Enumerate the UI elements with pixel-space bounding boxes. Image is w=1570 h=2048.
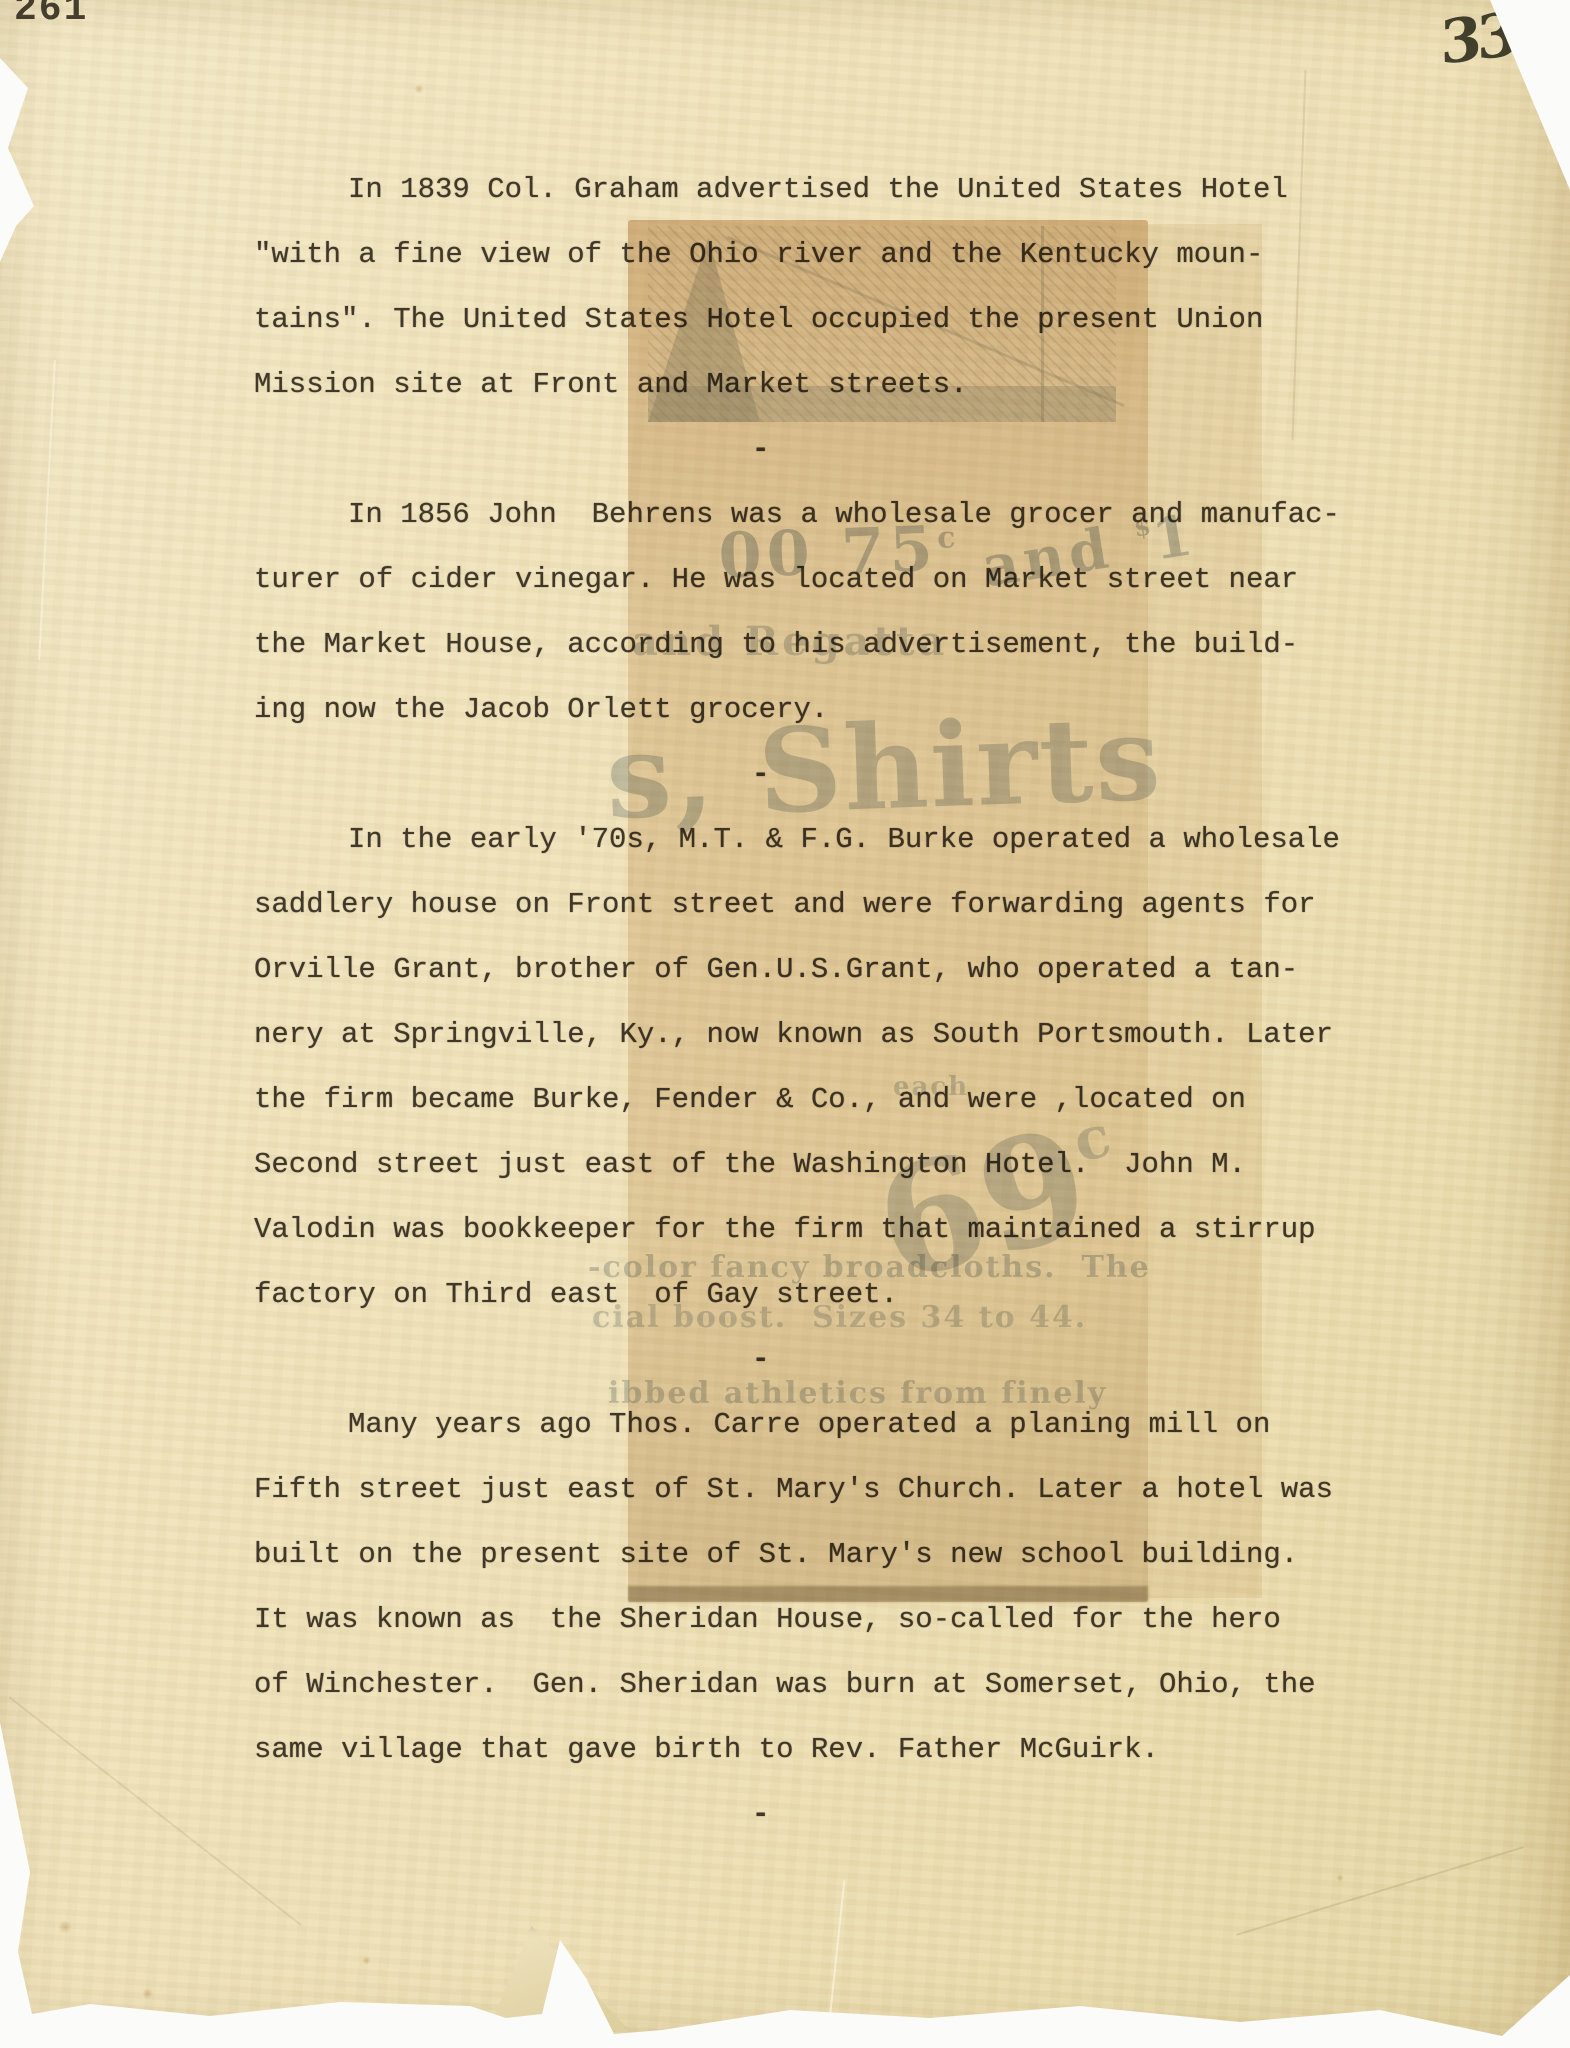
typed-line: ing now the Jacob Orlett grocery. — [254, 677, 1359, 742]
paragraph-separator-dash: - — [254, 1327, 1359, 1392]
paragraph-separator-dash: - — [254, 742, 1359, 807]
typed-line: of Winchester. Gen. Sheridan was burn at… — [254, 1652, 1359, 1717]
fox-spot — [142, 1988, 153, 1999]
typed-line: the Market House, according to his adver… — [254, 612, 1359, 677]
typed-line: Second street just east of the Washingto… — [254, 1132, 1359, 1197]
typed-line: It was known as the Sheridan House, so-c… — [254, 1587, 1359, 1652]
fox-spot — [58, 1920, 72, 1934]
fox-spot — [414, 84, 424, 94]
typed-line: In 1839 Col. Graham advertised the Unite… — [254, 157, 1359, 222]
typescript-body: In 1839 Col. Graham advertised the Unite… — [254, 157, 1359, 1847]
handwritten-folio-number: 332 — [1440, 0, 1551, 79]
typed-line: saddlery house on Front street and were … — [254, 872, 1359, 937]
typed-page-number: 261 — [14, 0, 88, 31]
typed-line: Orville Grant, brother of Gen.U.S.Grant,… — [254, 937, 1359, 1002]
paragraph-separator-dash: - — [254, 417, 1359, 482]
typed-line: Valodin was bookkeeper for the firm that… — [254, 1197, 1359, 1262]
scanned-typescript-page: 00 75c and $1 and Regatta s, Shirts 69c … — [0, 0, 1570, 2048]
typed-line: Fifth street just east of St. Mary's Chu… — [254, 1457, 1359, 1522]
fox-spot — [362, 1956, 371, 1965]
typed-line: nery at Springville, Ky., now known as S… — [254, 1002, 1359, 1067]
paragraph-separator-dash: - — [254, 1782, 1359, 1847]
typed-line: In the early '70s, M.T. & F.G. Burke ope… — [254, 807, 1359, 872]
typed-line: Mission site at Front and Market streets… — [254, 352, 1359, 417]
fox-spot — [1336, 1874, 1344, 1882]
typed-line: turer of cider vinegar. He was located o… — [254, 547, 1359, 612]
typed-line: the firm became Burke, Fender & Co., and… — [254, 1067, 1359, 1132]
typed-line: In 1856 John Behrens was a wholesale gro… — [254, 482, 1359, 547]
typed-line: same village that gave birth to Rev. Fat… — [254, 1717, 1359, 1782]
typed-line: Many years ago Thos. Carre operated a pl… — [254, 1392, 1359, 1457]
typed-line: "with a fine view of the Ohio river and … — [254, 222, 1359, 287]
typed-line: built on the present site of St. Mary's … — [254, 1522, 1359, 1587]
typed-line: tains". The United States Hotel occupied… — [254, 287, 1359, 352]
typed-line: factory on Third east of Gay street. — [254, 1262, 1359, 1327]
